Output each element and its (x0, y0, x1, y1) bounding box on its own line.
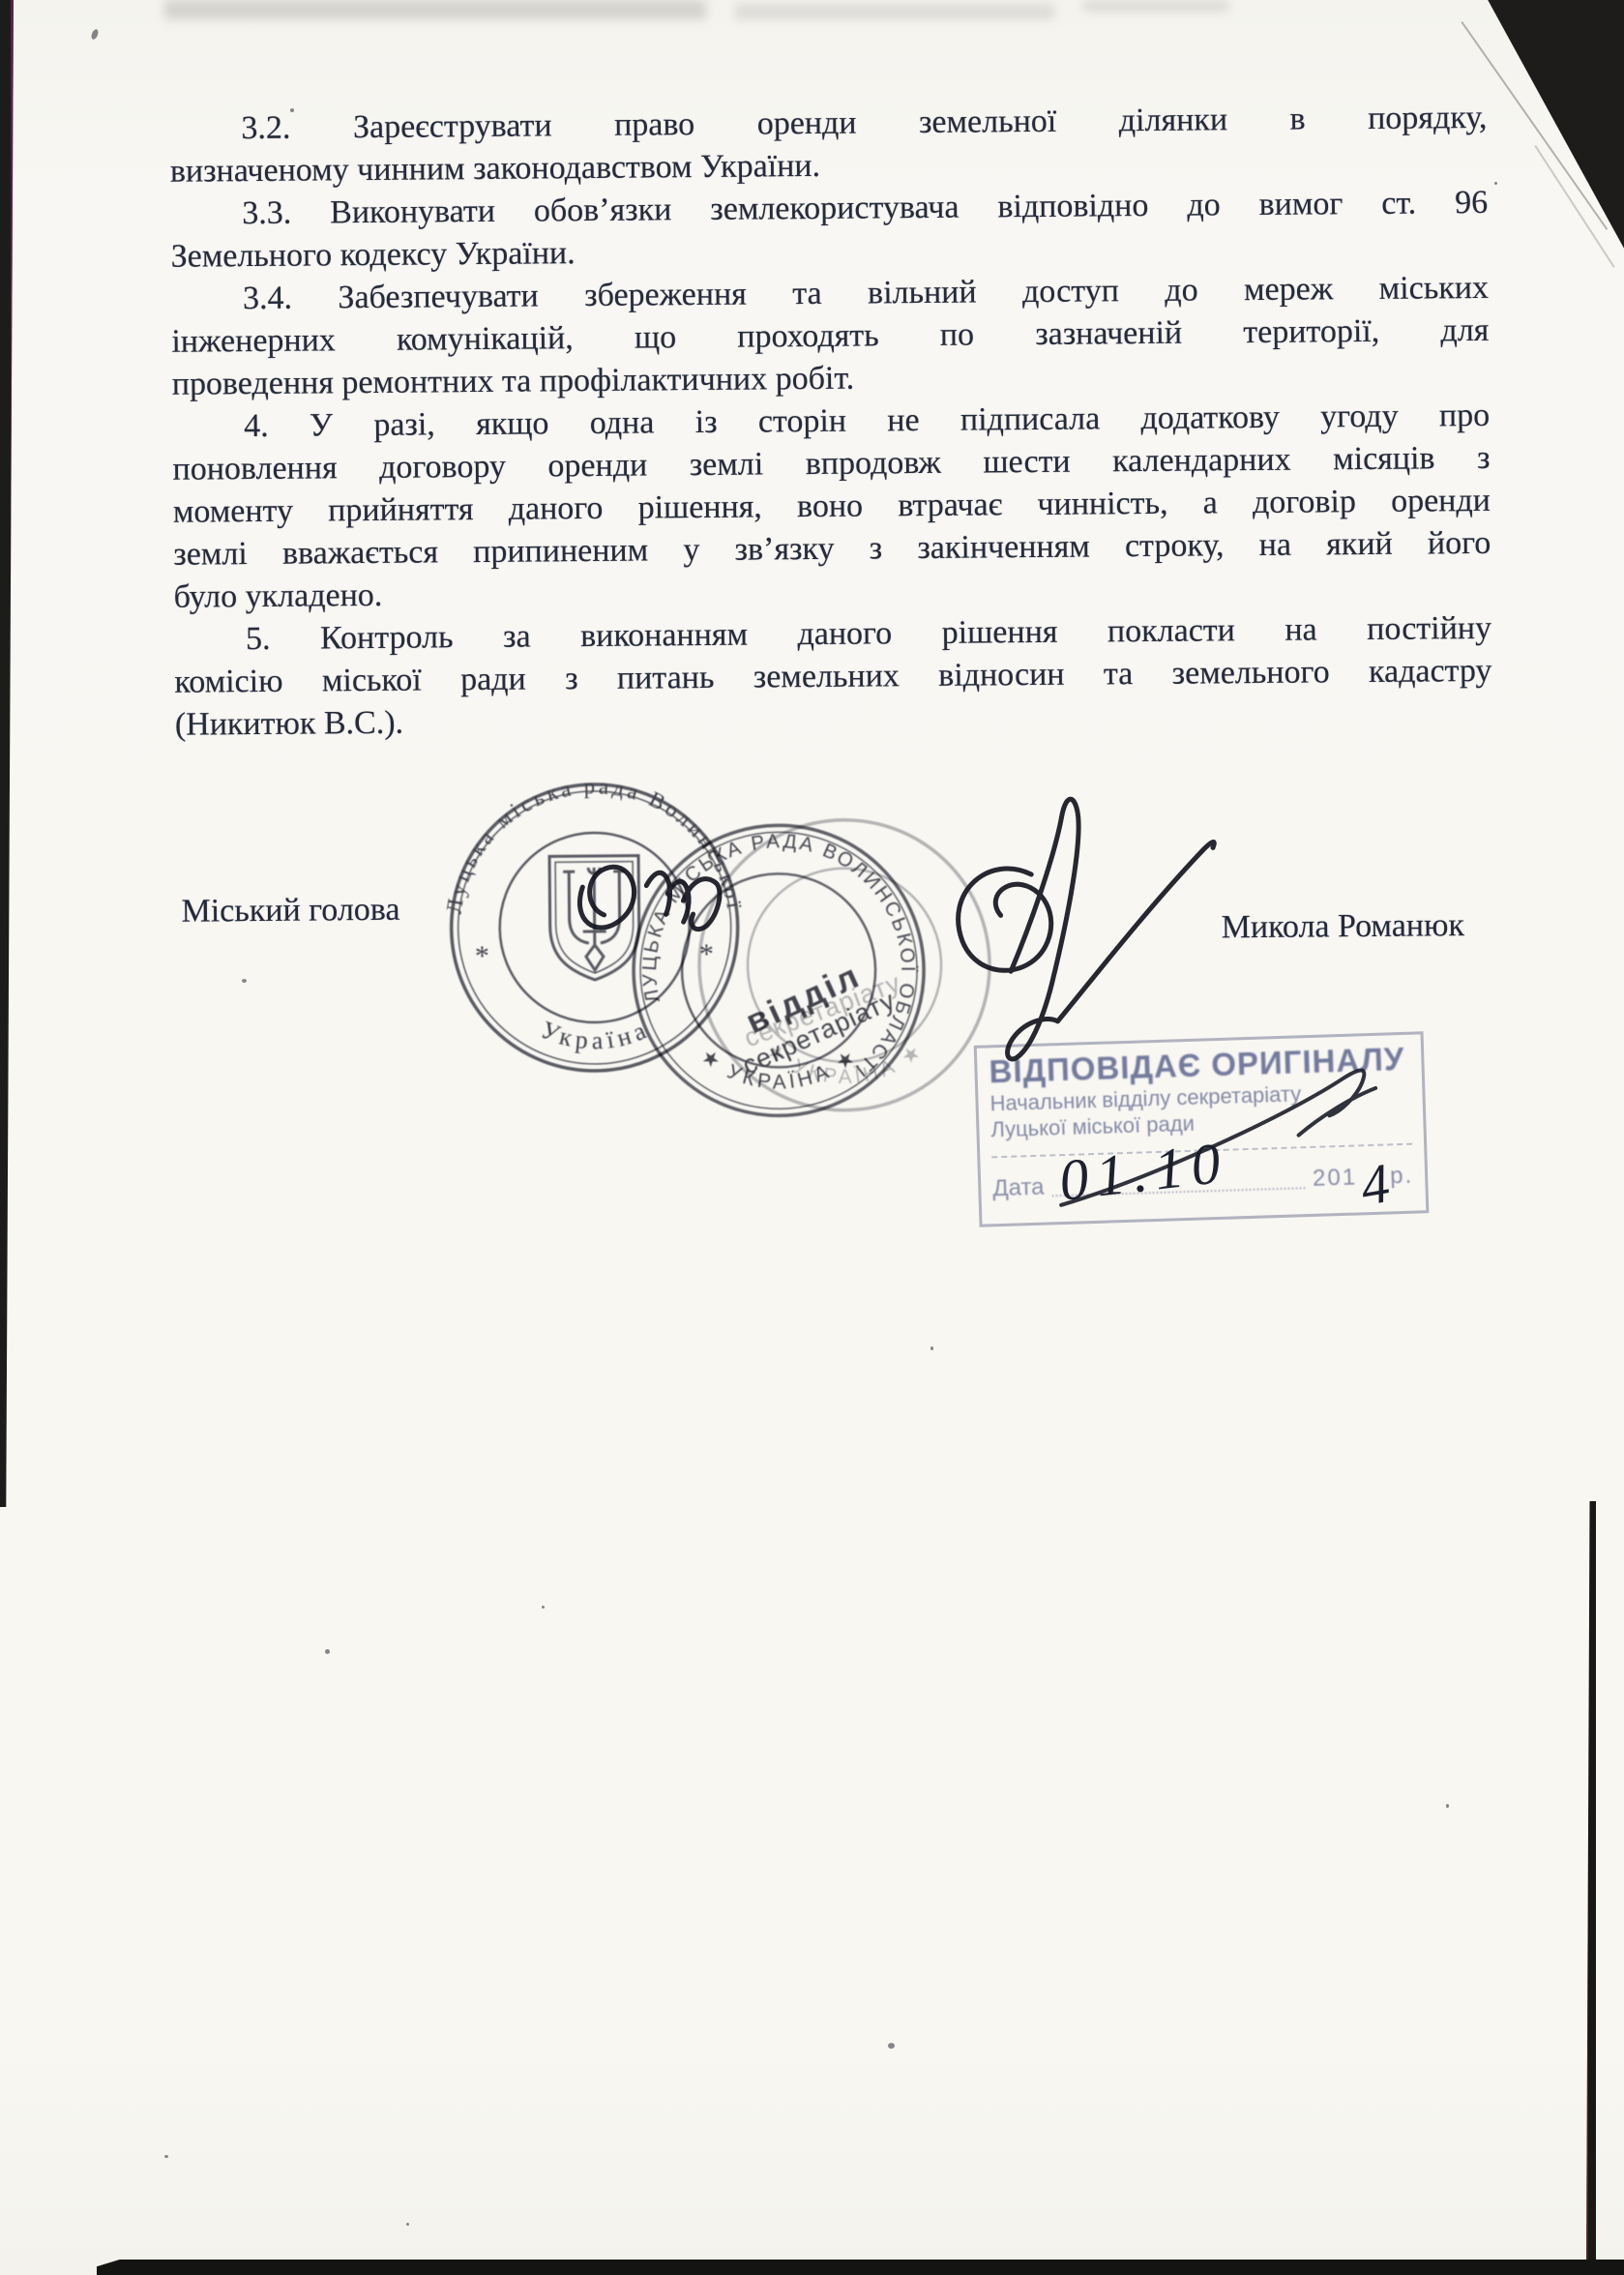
scan-speck (164, 2155, 168, 2158)
scan-edge-bottom (97, 2260, 1624, 2275)
page-content: 3.2. Зареєструвати право оренди земельно… (0, 0, 1624, 2275)
signatory-title: Міський голова (181, 892, 399, 931)
scanned-page: 3.2. Зареєструвати право оренди земельно… (0, 0, 1624, 2275)
clerk-signature (1031, 1040, 1420, 1236)
scan-speck (290, 108, 294, 112)
scan-speck (888, 2043, 895, 2049)
scan-smudge (1083, 0, 1228, 12)
mayor-stamp-star-left: * (475, 940, 489, 972)
document-body: 3.2. Зареєструвати право оренди земельно… (169, 97, 1492, 747)
scan-smudge (164, 0, 706, 19)
scan-smudge (735, 4, 1054, 19)
scan-speck (930, 1346, 933, 1350)
scan-speck (242, 979, 247, 983)
scan-speck (542, 1606, 545, 1609)
scan-speck (325, 1649, 330, 1654)
scan-speck (406, 2223, 409, 2226)
scan-speck (1494, 182, 1497, 185)
scan-speck (1446, 1804, 1449, 1808)
